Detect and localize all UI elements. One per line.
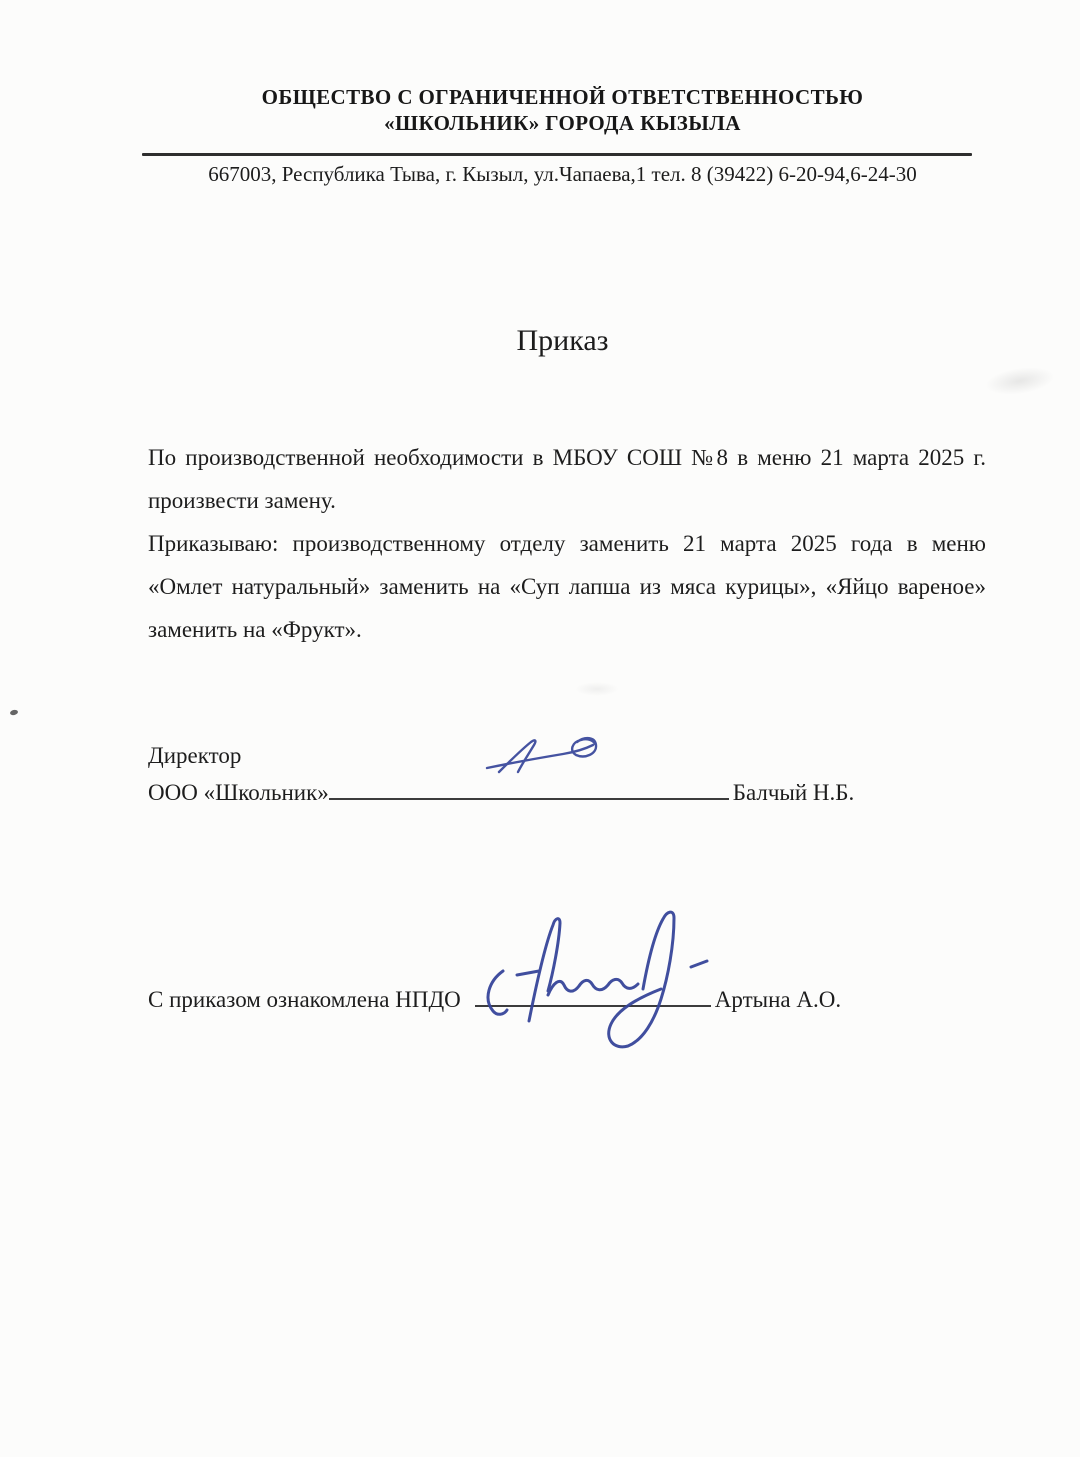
director-signature-block: Директор ООО «Школьник» Балчый Н.Б. xyxy=(148,737,908,811)
scan-speck xyxy=(10,709,19,716)
scan-smudge xyxy=(984,363,1057,398)
director-org-label: ООО «Школьник» xyxy=(148,774,329,811)
document-title: Приказ xyxy=(140,324,985,358)
acknowledgement-handwritten-signature xyxy=(473,903,733,1073)
acknowledgement-block: С приказом ознакомлена НПДО Артына А.О. xyxy=(148,981,948,1013)
director-name: Балчый Н.Б. xyxy=(733,774,855,811)
organization-name-line1: ОБЩЕСТВО С ОГРАНИЧЕННОЙ ОТВЕТСТВЕННОСТЬЮ xyxy=(140,84,985,110)
acknowledgement-name: Артына А.О. xyxy=(715,987,841,1013)
letterhead: ОБЩЕСТВО С ОГРАНИЧЕННОЙ ОТВЕТСТВЕННОСТЬЮ… xyxy=(140,84,985,136)
document-body: По производственной необходимости в МБОУ… xyxy=(148,436,986,651)
acknowledgement-label: С приказом ознакомлена НПДО xyxy=(148,987,461,1013)
letterhead-divider xyxy=(142,153,972,156)
acknowledgement-signature-line xyxy=(475,981,711,1007)
acknowledgement-row: С приказом ознакомлена НПДО Артына А.О. xyxy=(148,981,948,1013)
director-signature-line xyxy=(329,774,729,800)
director-signature-row: ООО «Школьник» Балчый Н.Б. xyxy=(148,774,908,811)
scan-smudge xyxy=(575,682,619,696)
body-paragraph-2: Приказываю: производственному отделу зам… xyxy=(148,522,986,651)
body-paragraph-1: По производственной необходимости в МБОУ… xyxy=(148,436,986,522)
scanned-order-document: ОБЩЕСТВО С ОГРАНИЧЕННОЙ ОТВЕТСТВЕННОСТЬЮ… xyxy=(0,0,1080,1457)
director-role-title: Директор xyxy=(148,737,908,774)
organization-name-line2: «ШКОЛЬНИК» ГОРОДА КЫЗЫЛА xyxy=(140,110,985,136)
organization-address: 667003, Республика Тыва, г. Кызыл, ул.Ча… xyxy=(140,162,985,187)
